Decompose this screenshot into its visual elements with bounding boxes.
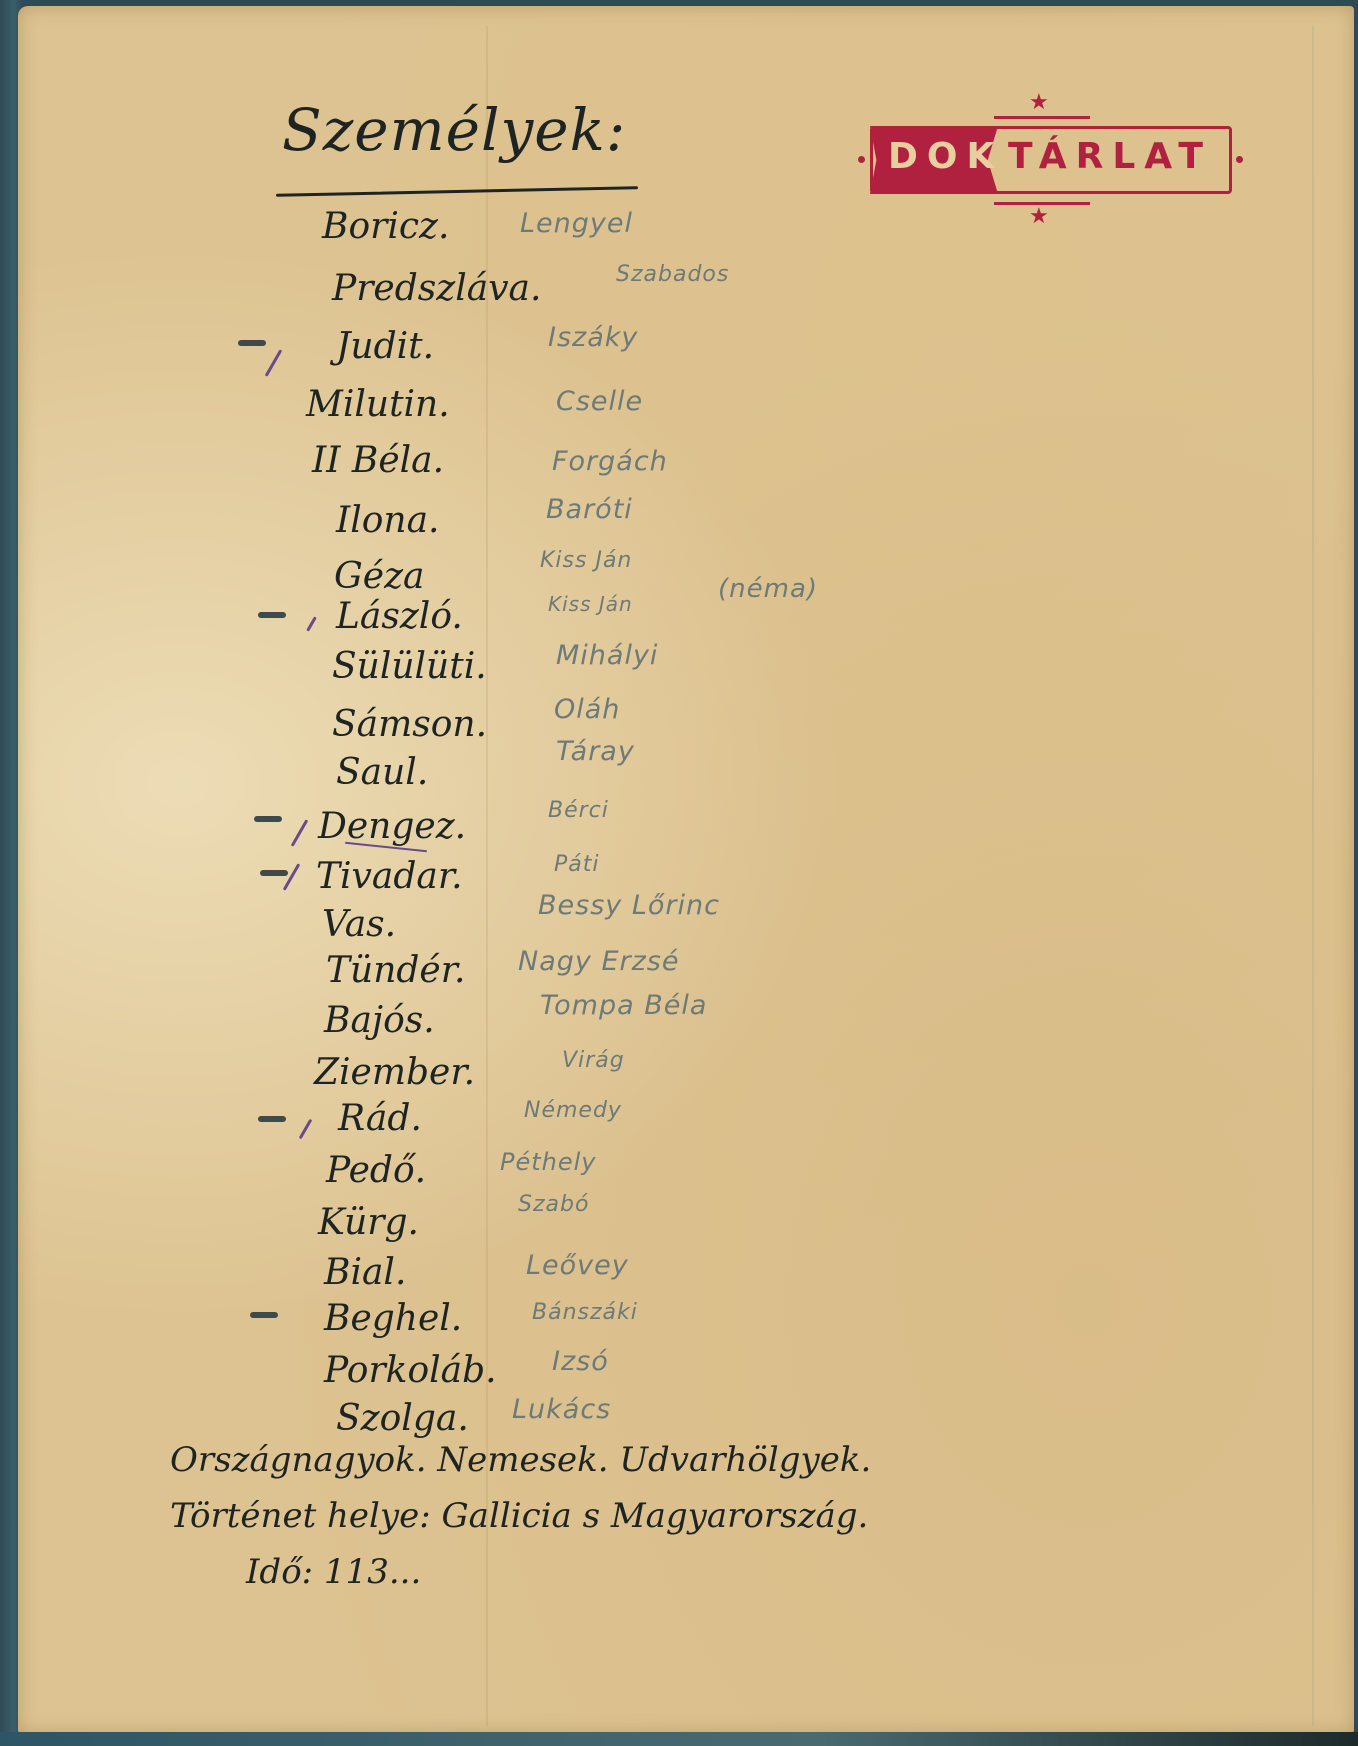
role-name: Tündér. [326, 950, 465, 991]
role-name: Porkoláb. [324, 1350, 497, 1391]
actor-name: Lukács [512, 1394, 611, 1425]
actor-name: Némedy [524, 1098, 622, 1123]
dash-mark [238, 340, 266, 346]
actor-name: Szabó [518, 1192, 589, 1217]
footer-time: Idő: 113... [246, 1552, 421, 1592]
role-name: Dengez. [318, 806, 466, 847]
actor-name: Bérci [548, 798, 609, 823]
logo-right-word: TÁRLAT [1008, 136, 1212, 177]
actor-name: Kiss Ján [548, 592, 633, 616]
side-note: (néma) [718, 574, 818, 604]
logo-left-word: DOK [888, 136, 1003, 177]
role-name: Ilona. [336, 500, 440, 541]
dash-mark [250, 1312, 278, 1318]
role-name: Kürg. [318, 1202, 419, 1243]
dash-mark [258, 612, 286, 618]
role-name: Géza [334, 556, 425, 597]
role-name: Boricz. [322, 206, 449, 247]
role-name: Sülülüti. [332, 646, 487, 687]
paper-fold [1312, 26, 1314, 1726]
role-name: Milutin. [306, 384, 450, 425]
actor-name: Oláh [554, 694, 620, 725]
role-name: Saul. [336, 752, 428, 793]
book-bottom-edge [0, 1732, 1358, 1746]
page-title: Személyek: [282, 96, 626, 164]
actor-name: Iszáky [548, 322, 638, 353]
star-icon: ★ [1029, 90, 1049, 115]
star-icon: ★ [1029, 204, 1049, 229]
role-name: Predszláva. [332, 268, 541, 309]
footer-setting: Történet helye: Gallicia s Magyarország. [170, 1496, 868, 1536]
actor-name: Szabados [616, 262, 729, 287]
role-name: Beghel. [324, 1298, 462, 1339]
actor-name: Izsó [552, 1346, 609, 1377]
actor-name: Baróti [546, 494, 633, 525]
logo-dot [1236, 156, 1243, 163]
actor-name: Bessy Lőrinc [538, 890, 720, 921]
dash-mark [260, 870, 288, 876]
dash-mark [258, 1116, 286, 1122]
role-name: László. [336, 596, 463, 637]
actor-name: Leővey [526, 1250, 629, 1281]
actor-name: Bánszáki [532, 1300, 638, 1325]
role-name: II Béla. [312, 440, 444, 481]
role-name: Rád. [338, 1098, 422, 1139]
role-name: Judit. [336, 326, 434, 367]
role-name: Sámson. [332, 704, 487, 745]
actor-name: Páti [554, 852, 600, 877]
actor-name: Virág [562, 1048, 625, 1073]
role-name: Bajós. [324, 1000, 435, 1041]
doktarlat-logo: ★ DOK TÁRLAT ★ [858, 92, 1238, 232]
actor-name: Tompa Béla [540, 990, 707, 1021]
role-name: Ziember. [314, 1052, 475, 1093]
actor-name: Péthely [500, 1148, 597, 1176]
actor-name: Nagy Erzsé [518, 946, 679, 977]
logo-line [994, 116, 1090, 119]
dash-mark [254, 816, 282, 822]
role-name: Pedő. [326, 1150, 426, 1191]
actor-name: Cselle [556, 386, 643, 417]
actor-name: Lengyel [520, 208, 633, 239]
actor-name: Táray [556, 736, 635, 767]
actor-name: Kiss Ján [540, 548, 632, 573]
actor-name: Mihályi [556, 640, 658, 671]
role-name: Tivadar. [316, 856, 463, 897]
role-name: Vas. [322, 904, 396, 945]
footer-ensemble: Országnagyok. Nemesek. Udvarhölgyek. [170, 1440, 871, 1480]
actor-name: Forgách [552, 446, 668, 477]
role-name: Szolga. [336, 1398, 469, 1439]
logo-dot [858, 156, 865, 163]
role-name: Bial. [324, 1252, 406, 1293]
